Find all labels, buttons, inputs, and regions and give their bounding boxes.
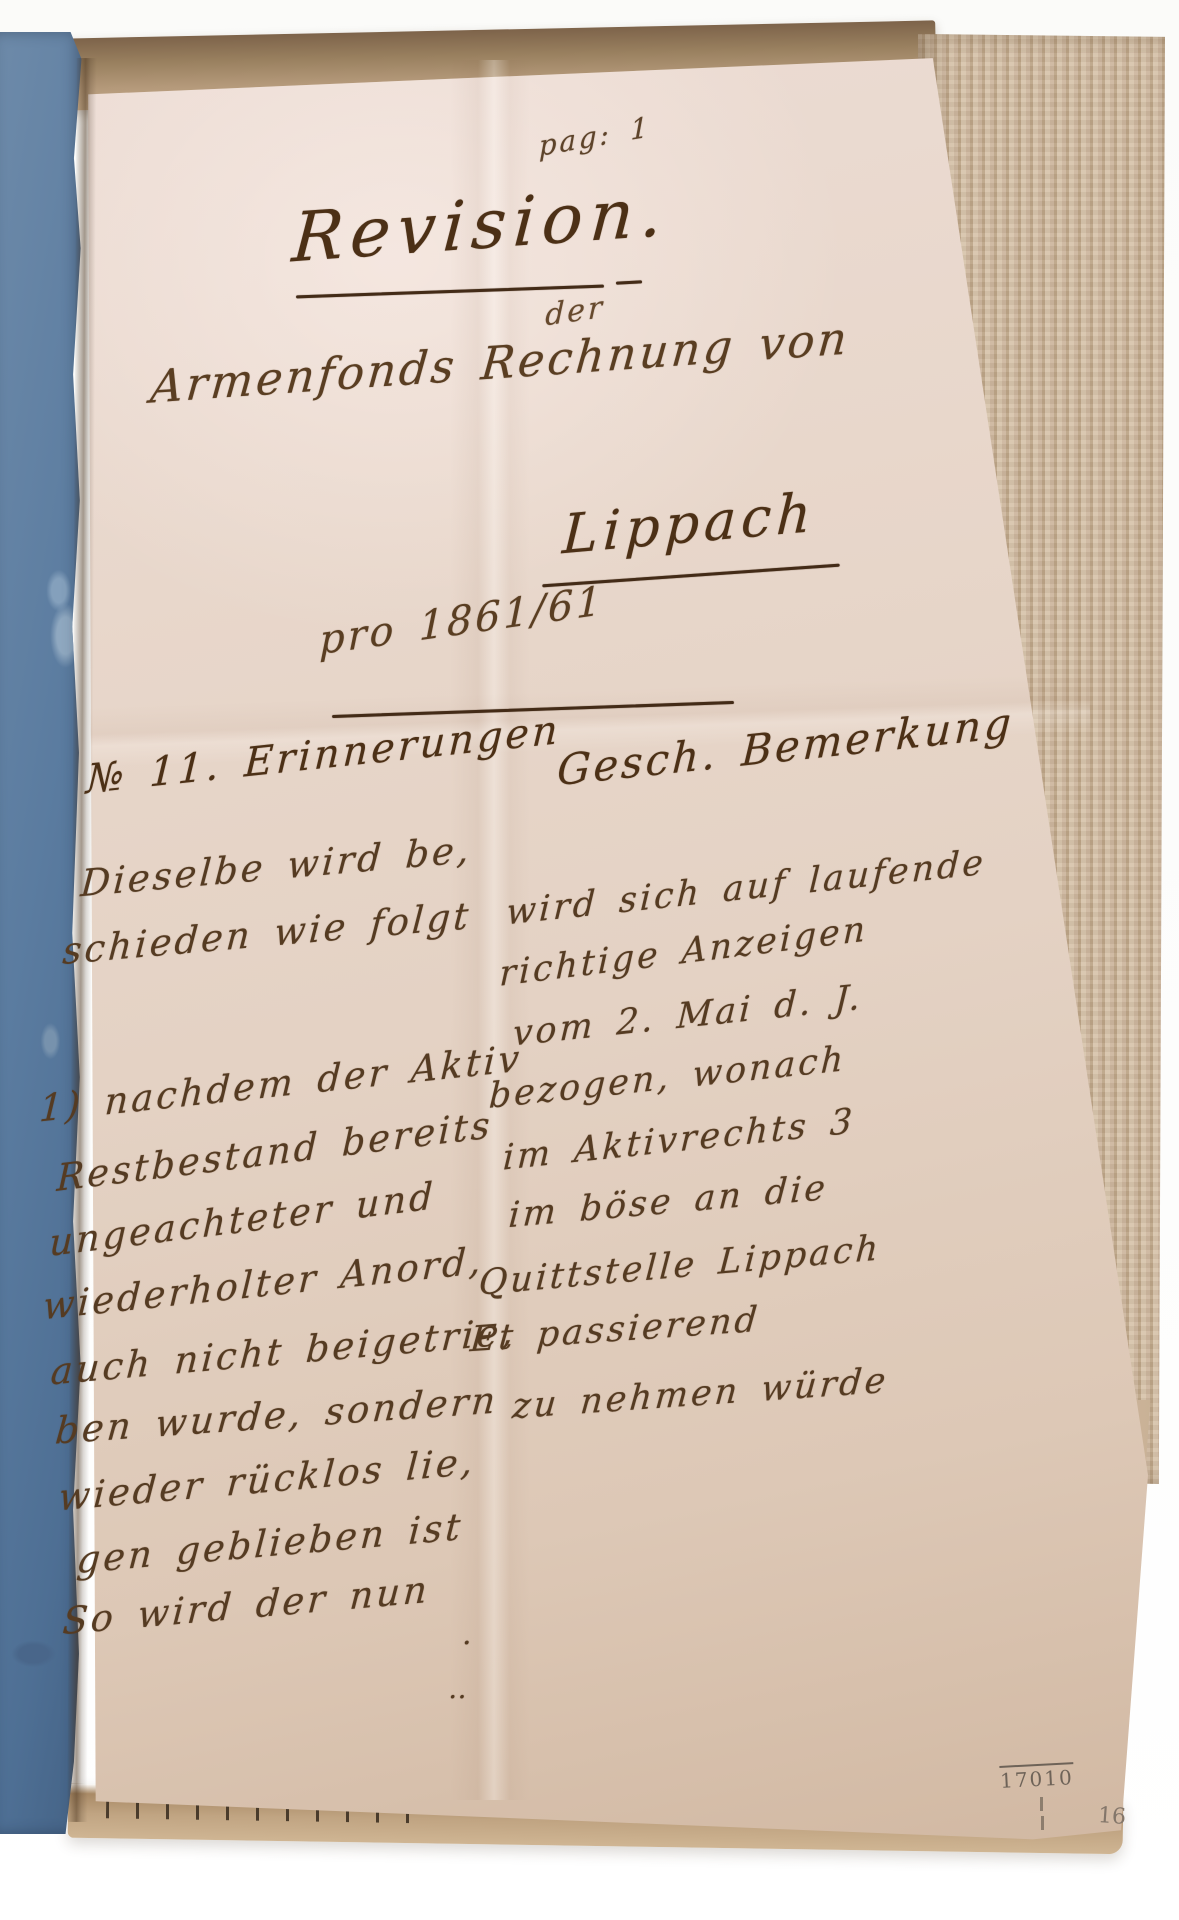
photo-of-manuscript: { "document": { "page_label": "pag: 1", … [0,0,1179,1920]
edge-number: 16 [1097,1803,1127,1830]
pencil-tick-lower [1041,1816,1044,1830]
ink-double-dot: ‥ [448,1672,470,1705]
pencil-number-annotation: 17010 [999,1762,1074,1793]
ink-dot: · [462,1626,475,1661]
pencil-tick-upper [1040,1797,1043,1811]
